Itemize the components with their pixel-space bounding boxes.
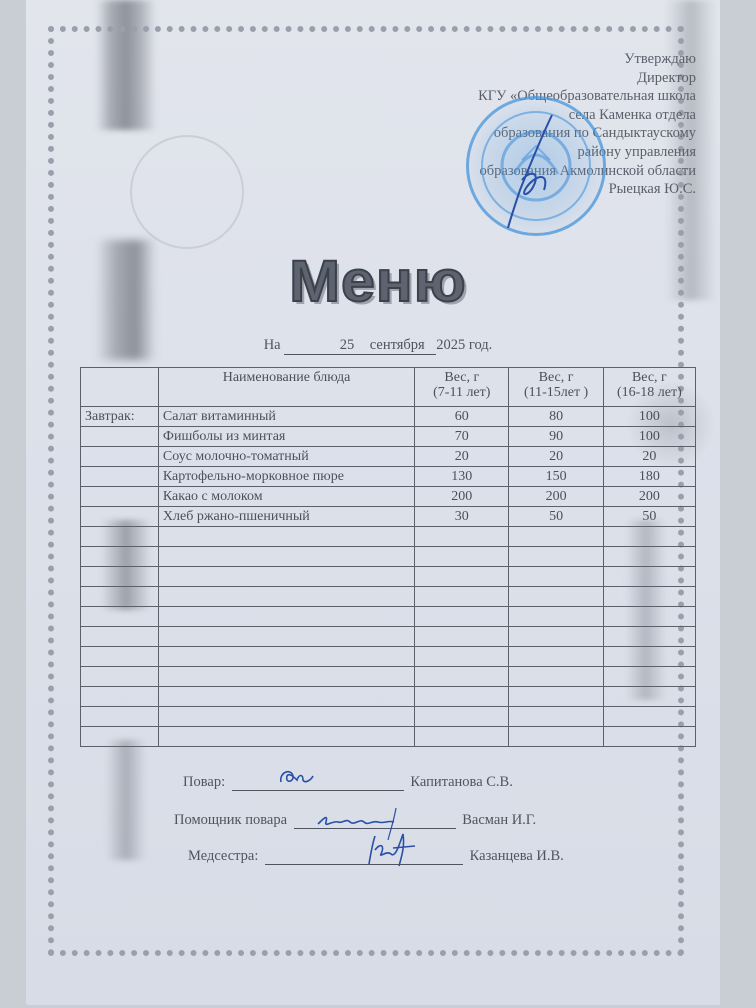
table-row	[81, 687, 696, 707]
faint-stamp-mark	[130, 135, 244, 249]
cell-weight: 200	[603, 487, 695, 507]
signature-name: Казанцева И.В.	[470, 848, 564, 864]
table-row	[81, 647, 696, 667]
cell-meal	[81, 667, 159, 687]
cell-meal: Завтрак:	[81, 407, 159, 427]
cell-weight	[415, 647, 509, 667]
cell-dish	[158, 647, 414, 667]
cell-dish: Соус молочно-томатный	[158, 447, 414, 467]
header-line: Вес, г	[608, 370, 691, 385]
cell-weight	[603, 547, 695, 567]
table-row: Соус молочно-томатный202020	[81, 447, 696, 467]
header-line: Наименование блюда	[163, 370, 410, 385]
date-prefix: На	[264, 337, 281, 353]
cell-weight	[603, 567, 695, 587]
menu-table: Наименование блюдаВес, г(7-11 лет)Вес, г…	[80, 367, 696, 747]
cell-weight	[603, 647, 695, 667]
table-row	[81, 567, 696, 587]
cell-weight: 100	[603, 427, 695, 447]
date-month: сентября	[358, 337, 436, 355]
cell-weight: 50	[509, 507, 603, 527]
table-row	[81, 727, 696, 747]
cell-weight: 90	[509, 427, 603, 447]
table-row	[81, 527, 696, 547]
table-header-row: Наименование блюдаВес, г(7-11 лет)Вес, г…	[81, 368, 696, 407]
cell-dish	[158, 627, 414, 647]
cell-weight	[603, 607, 695, 627]
cell-dish	[158, 567, 414, 587]
table-row	[81, 627, 696, 647]
cell-dish: Хлеб ржано-пшеничный	[158, 507, 414, 527]
cell-weight: 200	[415, 487, 509, 507]
cell-weight: 30	[415, 507, 509, 527]
cell-dish	[158, 587, 414, 607]
cell-weight: 70	[415, 427, 509, 447]
cell-dish	[158, 607, 414, 627]
header-weight: Вес, г(16-18 лет)	[603, 368, 695, 407]
cell-weight	[415, 627, 509, 647]
cell-dish	[158, 547, 414, 567]
signature-row-nurse: Медсестра: Казанцева И.В.	[188, 848, 564, 865]
cell-weight: 80	[509, 407, 603, 427]
cell-meal	[81, 687, 159, 707]
cell-dish	[158, 687, 414, 707]
cell-weight	[603, 687, 695, 707]
cell-weight	[603, 727, 695, 747]
header-line: (11-15лет )	[513, 385, 598, 400]
header-weight: Вес, г(7-11 лет)	[415, 368, 509, 407]
cell-meal	[81, 427, 159, 447]
approval-line: Утверждаю	[436, 50, 696, 69]
cell-weight: 50	[603, 507, 695, 527]
document-title: Меню	[0, 248, 756, 315]
cell-weight: 100	[603, 407, 695, 427]
handwritten-signature	[277, 766, 317, 790]
cell-meal	[81, 567, 159, 587]
cell-weight	[509, 707, 603, 727]
cell-weight	[509, 607, 603, 627]
header-meal	[81, 368, 159, 407]
cell-dish	[158, 707, 414, 727]
cell-weight	[509, 627, 603, 647]
cell-dish	[158, 667, 414, 687]
cell-weight: 20	[415, 447, 509, 467]
signature-name: Васман И.Г.	[462, 812, 536, 828]
cell-weight	[509, 667, 603, 687]
date-line: На 25сентября2025 год.	[0, 337, 756, 355]
signature-row-assistant: Помощник повара Васман И.Г.	[174, 812, 536, 829]
date-day: 25	[284, 337, 358, 355]
header-line: (16-18 лет)	[608, 385, 691, 400]
signature-role: Повар:	[183, 774, 225, 790]
cell-dish: Фишболы из минтая	[158, 427, 414, 447]
cell-weight	[415, 687, 509, 707]
cell-meal	[81, 547, 159, 567]
cell-weight	[603, 587, 695, 607]
cell-weight	[415, 607, 509, 627]
cell-meal	[81, 707, 159, 727]
cell-weight: 130	[415, 467, 509, 487]
cell-meal	[81, 527, 159, 547]
cell-weight	[603, 667, 695, 687]
signature-name: Капитанова С.В.	[410, 774, 513, 790]
cell-weight: 180	[603, 467, 695, 487]
table-row	[81, 587, 696, 607]
header-line: Вес, г	[419, 370, 504, 385]
cell-meal	[81, 627, 159, 647]
header-line: Вес, г	[513, 370, 598, 385]
cell-meal	[81, 487, 159, 507]
cell-dish	[158, 527, 414, 547]
handwritten-signature	[363, 828, 423, 868]
cell-weight	[415, 727, 509, 747]
cell-weight	[415, 707, 509, 727]
date-year: 2025 год.	[436, 337, 492, 353]
cell-meal	[81, 647, 159, 667]
cell-weight	[415, 587, 509, 607]
cell-weight	[603, 707, 695, 727]
cell-weight	[509, 647, 603, 667]
cell-weight: 20	[603, 447, 695, 467]
cell-meal	[81, 467, 159, 487]
signature-line	[232, 776, 404, 791]
table-row: Завтрак:Салат витаминный6080100	[81, 407, 696, 427]
table-row: Фишболы из минтая7090100	[81, 427, 696, 447]
cell-weight	[415, 527, 509, 547]
signature-line	[294, 814, 456, 829]
cell-dish: Картофельно-морковное пюре	[158, 467, 414, 487]
header-line: (7-11 лет)	[419, 385, 504, 400]
cell-weight	[509, 727, 603, 747]
approval-line: Директор	[436, 69, 696, 88]
header-weight: Вес, г(11-15лет )	[509, 368, 603, 407]
cell-dish	[158, 727, 414, 747]
cell-weight: 150	[509, 467, 603, 487]
signature-line	[265, 850, 463, 865]
table-row	[81, 547, 696, 567]
header-dish-name: Наименование блюда	[158, 368, 414, 407]
cell-weight: 20	[509, 447, 603, 467]
signature-role: Помощник повара	[174, 812, 287, 828]
director-signature	[500, 110, 570, 230]
cell-weight	[415, 567, 509, 587]
table-row	[81, 667, 696, 687]
cell-weight	[509, 527, 603, 547]
cell-meal	[81, 507, 159, 527]
cell-weight	[603, 627, 695, 647]
cell-weight	[509, 547, 603, 567]
cell-weight	[603, 527, 695, 547]
signature-role: Медсестра:	[188, 848, 258, 864]
cell-meal	[81, 447, 159, 467]
table-row	[81, 707, 696, 727]
cell-meal	[81, 727, 159, 747]
cell-weight	[509, 587, 603, 607]
cell-weight	[415, 547, 509, 567]
signature-row-cook: Повар: Капитанова С.В.	[183, 774, 513, 791]
cell-weight	[509, 567, 603, 587]
cell-dish: Какао с молоком	[158, 487, 414, 507]
cell-dish: Салат витаминный	[158, 407, 414, 427]
cell-weight: 200	[509, 487, 603, 507]
cell-weight	[415, 667, 509, 687]
table-row	[81, 607, 696, 627]
table-row: Хлеб ржано-пшеничный305050	[81, 507, 696, 527]
cell-meal	[81, 587, 159, 607]
cell-weight	[509, 687, 603, 707]
cell-meal	[81, 607, 159, 627]
table-row: Картофельно-морковное пюре130150180	[81, 467, 696, 487]
table-row: Какао с молоком200200200	[81, 487, 696, 507]
cell-weight: 60	[415, 407, 509, 427]
